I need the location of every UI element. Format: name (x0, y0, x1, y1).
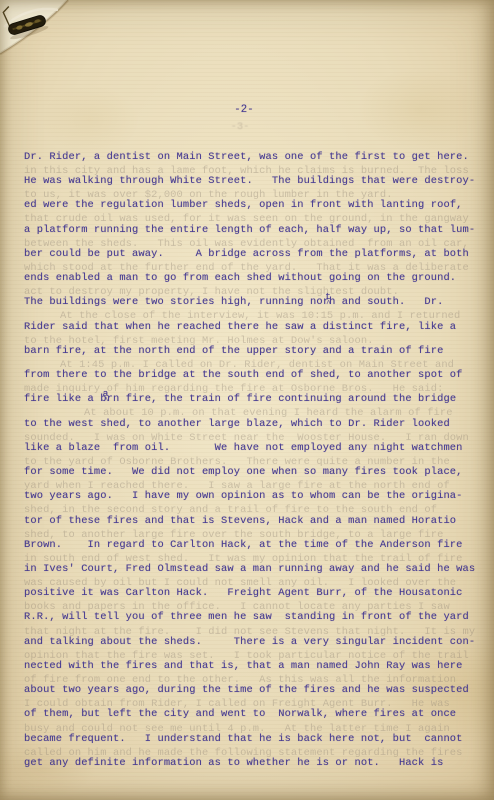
typed-line: from there to the bridge at the south en… (24, 363, 494, 387)
typed-line: The buildings were two stories high, run… (24, 290, 494, 314)
typed-line: Dr. Rider, a dentist on Main Street, was… (24, 145, 494, 169)
typed-text-layer: Dr. Rider, a dentist on Main Street, was… (24, 145, 494, 775)
page-number: -2- (0, 104, 488, 116)
typed-line: nected with the fires and that is, that … (24, 654, 494, 678)
typed-line: of them, but left the city and went to N… (24, 702, 494, 726)
typed-line: tor of these fires and that is Stevens, … (24, 509, 494, 533)
typed-line: Rider said that when he reached there he… (24, 315, 494, 339)
typed-line: to the west shed, to another large blaze… (24, 412, 494, 436)
typed-line: Brown. In regard to Carlton Hack, at the… (24, 533, 494, 557)
typed-line: like a blaze from oil. We have not emplo… (24, 436, 494, 460)
typed-line: barn fire, at the north end of the upper… (24, 339, 494, 363)
typed-line: and talking about the sheds. There is a … (24, 630, 494, 654)
typed-line: became frequent. I understand that he is… (24, 727, 494, 751)
bleedthrough-page-number: -3- (0, 121, 480, 133)
typed-line: get any definite information as to wheth… (24, 751, 494, 775)
typed-line: a platform running the entire length of … (24, 218, 494, 242)
typed-line: fire like a ba^rn fire, the train of fir… (24, 387, 494, 411)
typed-line: ber could be put away. A bridge across f… (24, 242, 494, 266)
typed-line: R.R., will tell you of three men he saw … (24, 605, 494, 629)
typed-line: He was walking through White Street. The… (24, 169, 494, 193)
typed-line: in Ives' Court, Fred Olmstead saw a man … (24, 557, 494, 581)
folded-corner (0, 0, 96, 74)
typed-line: ed were the regulation lumber sheds, ope… (24, 193, 494, 217)
typed-line: two years ago. I have my own opinion as … (24, 484, 494, 508)
typed-line: ends enabled a man to go from each shed … (24, 266, 494, 290)
typed-line: positive it was Carlton Hack. Freight Ag… (24, 581, 494, 605)
typed-line: about two years ago, during the time of … (24, 678, 494, 702)
typed-line: for some time. We did not employ one whe… (24, 460, 494, 484)
document-page: in this city and has a lame foot, which … (0, 0, 494, 800)
